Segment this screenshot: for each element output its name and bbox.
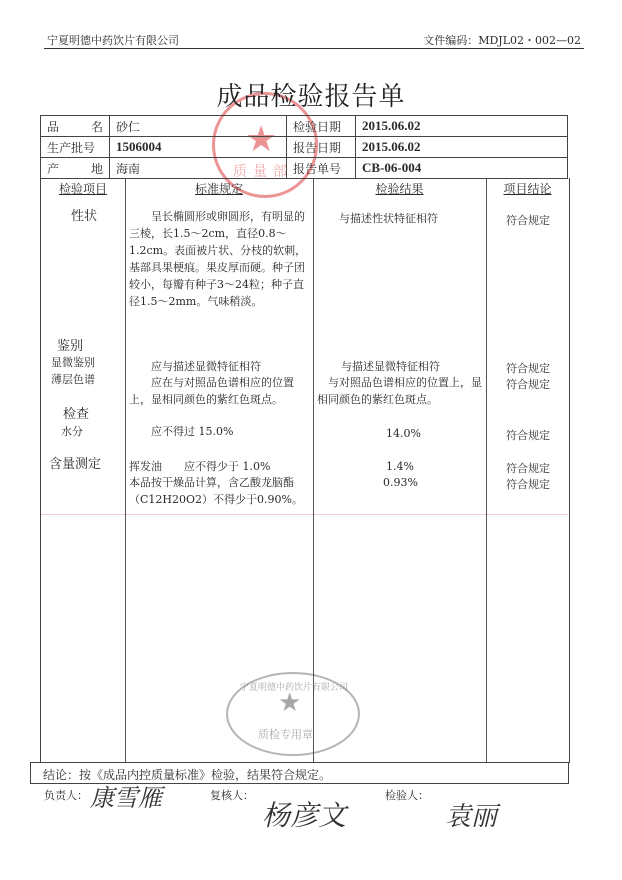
product-name-label: 品名 <box>41 116 110 137</box>
header-standard: 标准规定 <box>125 180 313 197</box>
item-properties: 性状 <box>71 208 97 225</box>
document-code: 文件编码：MDJL02・002—02 <box>423 32 581 48</box>
item-identification: 鉴别 <box>57 338 83 355</box>
result-properties: 与描述性状特征相符 <box>339 210 438 227</box>
result-volatile-oil: 1.4% <box>386 458 414 475</box>
result-tlc: 与对照品色谱相应的位置上，显相同颜色的紫红色斑点。 <box>317 374 485 408</box>
standard-microscopic: 应与描述显微特征相符 <box>151 358 261 375</box>
result-bornyl-acetate: 0.93% <box>383 474 418 491</box>
item-assay: 含量测定 <box>49 456 101 473</box>
origin-value: 海南 <box>110 158 287 179</box>
conclusion-moisture: 符合规定 <box>506 427 550 444</box>
batch-value: 1506004 <box>110 137 287 158</box>
page-header: 宁夏明德中药饮片有限公司 文件编码：MDJL02・002—02 <box>44 30 584 49</box>
inspector-label: 检验人： <box>385 787 429 803</box>
header-conclusion: 项目结论 <box>486 180 569 197</box>
standard-volatile-oil: 挥发油 应不得少于 1.0% <box>129 458 270 475</box>
company-name: 宁夏明德中药饮片有限公司 <box>47 32 179 48</box>
standard-bornyl-acetate: 本品按干燥品计算，含乙酸龙脑酯（C12H20O2）不得少于0.90%。 <box>129 474 311 508</box>
item-microscopic: 显微鉴别 <box>51 354 95 371</box>
origin-label: 产地 <box>41 158 110 179</box>
inspector-signature: 袁丽 <box>445 796 497 833</box>
inspection-table: 检验项目 标准规定 检验结果 项目结论 性状 呈长椭圆形或卵圆形，有明显的三棱，… <box>40 178 570 763</box>
item-tlc: 薄层色谱 <box>51 371 95 388</box>
reviewer-label: 复核人： <box>210 787 254 803</box>
report-title: 成品检验报告单 <box>0 76 622 113</box>
result-moisture: 14.0% <box>386 425 421 442</box>
item-moisture: 水分 <box>61 423 83 440</box>
conclusion-microscopic: 符合规定 <box>506 360 550 377</box>
result-microscopic: 与描述显微特征相符 <box>341 358 440 375</box>
test-date-value: 2015.06.02 <box>356 116 568 137</box>
info-table: 品名 砂仁 检验日期 2015.06.02 生产批号 1506004 报告日期 … <box>40 115 568 179</box>
column-divider <box>125 178 126 762</box>
report-date-value: 2015.06.02 <box>356 137 568 158</box>
standard-moisture: 应不得过 15.0% <box>151 423 233 440</box>
header-item: 检验项目 <box>41 180 125 197</box>
standard-properties: 呈长椭圆形或卵圆形，有明显的三棱，长1.5～2cm，直径0.8～1.2cm。表面… <box>129 208 309 310</box>
conclusion-properties: 符合规定 <box>506 212 550 229</box>
report-date-label: 报告日期 <box>287 137 356 158</box>
conclusion-row: 结论：按《成品内控质量标准》检验，结果符合规定。 <box>30 762 569 784</box>
report-no-value: CB-06-004 <box>356 158 568 179</box>
test-date-label: 检验日期 <box>287 116 356 137</box>
conclusion-text: 结论：按《成品内控质量标准》检验，结果符合规定。 <box>43 766 331 783</box>
header-result: 检验结果 <box>313 180 486 197</box>
report-no-label: 报告单号 <box>287 158 356 179</box>
product-name-value: 砂仁 <box>110 116 287 137</box>
column-divider <box>486 178 487 762</box>
conclusion-bornyl-acetate: 符合规定 <box>506 476 550 493</box>
item-inspection: 检查 <box>63 406 89 423</box>
conclusion-volatile-oil: 符合规定 <box>506 460 550 477</box>
column-divider <box>313 178 314 762</box>
reviewer-signature: 杨彦文 <box>262 794 346 834</box>
responsible-label: 负责人： <box>44 787 88 803</box>
conclusion-tlc: 符合规定 <box>506 376 550 393</box>
batch-label: 生产批号 <box>41 137 110 158</box>
standard-tlc: 应在与对照品色谱相应的位置上，显相同颜色的紫红色斑点。 <box>129 374 311 408</box>
